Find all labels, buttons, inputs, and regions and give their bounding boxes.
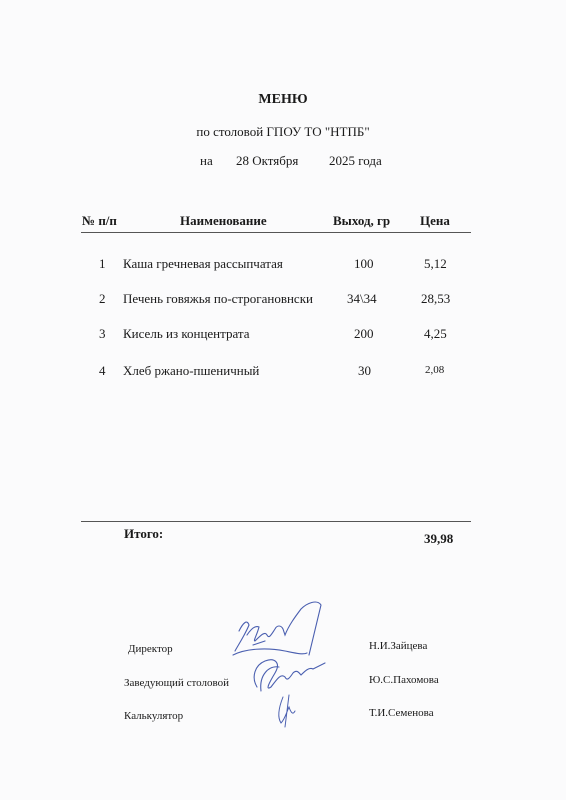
signer-role: Калькулятор <box>124 710 183 722</box>
signature-canteen-head <box>254 660 325 691</box>
row-yield: 200 <box>354 326 374 342</box>
row-number: 2 <box>99 291 106 307</box>
date-day-month: 28 Октября <box>236 153 298 169</box>
date-prefix: на <box>200 153 213 169</box>
row-name: Хлеб ржано-пшеничный <box>123 363 259 379</box>
column-header-price: Цена <box>420 213 450 229</box>
total-rule <box>81 521 471 522</box>
row-yield: 100 <box>354 256 374 272</box>
row-number: 4 <box>99 363 106 379</box>
page-subtitle: по столовой ГПОУ ТО "НТПБ" <box>0 124 566 140</box>
row-price: 2,08 <box>425 364 444 376</box>
signer-name: Н.И.Зайцева <box>369 640 427 652</box>
row-name: Кисель из концентрата <box>123 326 250 342</box>
signer-role: Заведующий столовой <box>124 677 229 689</box>
page-title: МЕНЮ <box>0 92 566 108</box>
total-label: Итого: <box>124 526 163 542</box>
signature-calculator <box>279 695 295 727</box>
total-value: 39,98 <box>424 531 453 547</box>
header-rule <box>81 232 471 233</box>
row-yield: 34\34 <box>347 291 377 307</box>
row-price: 28,53 <box>421 291 450 307</box>
column-header-name: Наименование <box>180 213 267 229</box>
row-name: Каша гречневая рассыпчатая <box>123 256 283 272</box>
signer-name: Ю.С.Пахомова <box>369 674 439 686</box>
row-price: 5,12 <box>424 256 447 272</box>
row-yield: 30 <box>358 363 371 379</box>
column-header-yield: Выход, гр <box>333 213 390 229</box>
row-price: 4,25 <box>424 326 447 342</box>
column-header-number: № п/п <box>82 213 117 229</box>
signature-director <box>233 602 321 655</box>
signer-role: Директор <box>128 643 173 655</box>
row-number: 3 <box>99 326 106 342</box>
handwritten-signatures <box>225 595 345 730</box>
signer-name: Т.И.Семенова <box>369 707 434 719</box>
row-name: Печень говяжья по-строгановнски <box>123 291 313 307</box>
row-number: 1 <box>99 256 106 272</box>
date-year: 2025 года <box>329 153 382 169</box>
